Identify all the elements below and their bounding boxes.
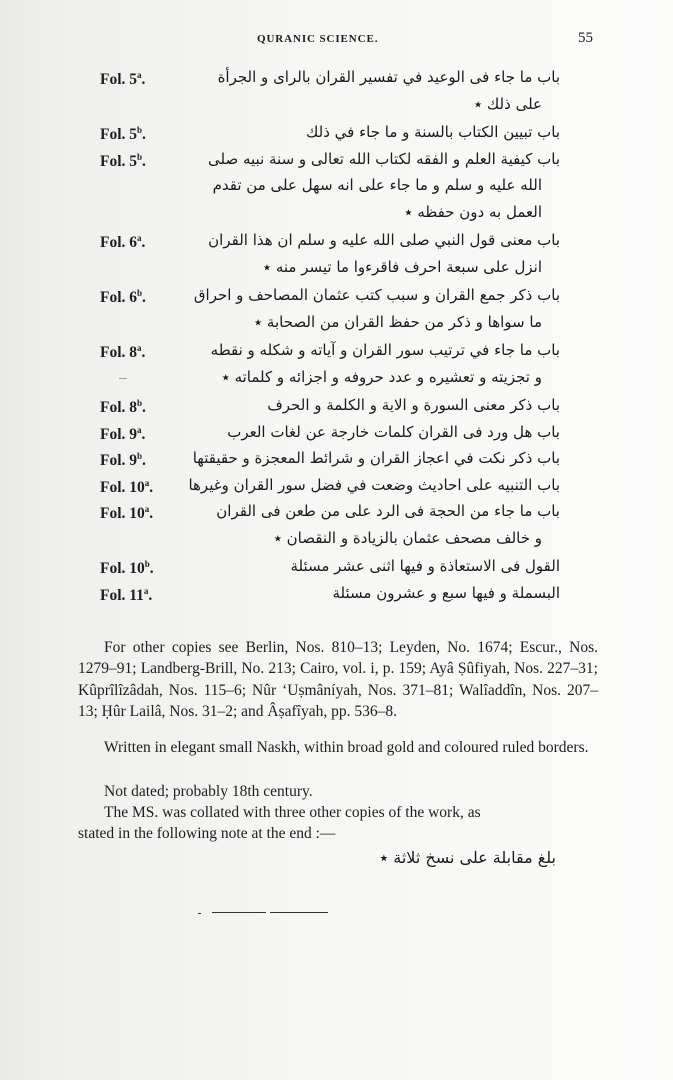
margin-mark [119, 378, 127, 379]
arabic-chapter-title-continued: على ذلك ٭ [474, 95, 542, 113]
section-divider-left [212, 912, 266, 913]
folio-number: Fol. 5 [100, 71, 137, 88]
arabic-chapter-title: باب هل ورد فى القران كلمات خارجة عن لغات… [227, 423, 560, 441]
arabic-chapter-title-continued: و خالف مصحف عثمان بالزيادة و النقصان ٭ [274, 529, 542, 547]
date-text: Not dated; probably 18th century. [78, 781, 598, 802]
folio-number: Fol. 6 [100, 289, 137, 306]
arabic-chapter-title: باب التنبيه على احاديث وضعت في فضل سور ا… [188, 476, 560, 494]
section-divider-dot [198, 913, 201, 914]
arabic-closing-note: بلغ مقابلة على نسخ ثلاثة ٭ [379, 848, 556, 867]
folio-reference: Fol. 10a. [100, 504, 153, 523]
folio-number: Fol. 11 [100, 587, 144, 604]
paragraph-collation: The MS. was collated with three other co… [78, 802, 598, 845]
folio-reference: Fol. 9a. [100, 425, 145, 444]
folio-number: Fol. 5 [100, 153, 137, 170]
paragraph-script-description: Written in elegant small Naskh, within b… [78, 737, 598, 758]
folio-reference: Fol. 5b. [100, 125, 146, 144]
section-divider-right [270, 912, 328, 913]
folio-reference: Fol. 6b. [100, 288, 146, 307]
arabic-chapter-title-continued: ما سواها و ذكر من حفظ القران من الصحابة … [254, 313, 542, 331]
arabic-chapter-title-continued: الله عليه و سلم و ما جاء على انه سهل على… [213, 176, 542, 194]
folio-number: Fol. 9 [100, 426, 137, 443]
arabic-chapter-title: باب معنى قول النبي صلى الله عليه و سلم ا… [208, 231, 560, 249]
arabic-chapter-title: باب ذكر جمع القران و سبب كتب عثمان المصا… [194, 286, 560, 304]
arabic-chapter-title-continued: العمل به دون حفظه ٭ [404, 203, 542, 221]
arabic-chapter-title: باب ما جاء من الحجة فى الرد على من طعن ف… [216, 502, 560, 520]
arabic-chapter-title: باب ذكر نكت في اعجاز القران و شرائط المع… [193, 449, 560, 467]
arabic-chapter-title: البسملة و فيها سبع و عشرون مسئلة [333, 584, 561, 602]
running-head: Quranic Science. 55 [257, 33, 593, 49]
collation-text-first: The MS. was collated with three other co… [78, 802, 598, 823]
folio-reference: Fol. 5a. [100, 70, 145, 89]
script-description-text: Written in elegant small Naskh, within b… [78, 737, 598, 758]
arabic-chapter-title-continued: و تجزيته و تعشيره و عدد حروفه و اجزائه و… [222, 368, 542, 386]
folio-number: Fol. 6 [100, 234, 137, 251]
folio-reference: Fol. 5b. [100, 152, 146, 171]
folio-number: Fol. 8 [100, 344, 137, 361]
folio-number: Fol. 9 [100, 452, 137, 469]
folio-reference: Fol. 9b. [100, 451, 146, 470]
running-head-title: Quranic Science. [257, 33, 378, 45]
arabic-chapter-title: باب تبيين الكتاب بالسنة و ما جاء في ذلك [306, 123, 560, 141]
arabic-chapter-title: باب كيفية العلم و الفقه لكتاب الله تعالى… [208, 150, 560, 168]
folio-number: Fol. 10 [100, 560, 145, 577]
folio-number: Fol. 5 [100, 126, 137, 143]
folio-number: Fol. 10 [100, 479, 145, 496]
arabic-chapter-title: القول فى الاستعاذة و فيها اثنى عشر مسئلة [290, 557, 560, 575]
folio-number: Fol. 10 [100, 505, 145, 522]
folio-reference: Fol. 11a. [100, 586, 152, 605]
arabic-chapter-title: باب ما جاء فى الوعيد في تفسير القران بال… [218, 68, 560, 86]
folio-reference: Fol. 10b. [100, 559, 154, 578]
paragraph-other-copies: For other copies see Berlin, Nos. 810–13… [78, 637, 598, 722]
arabic-chapter-title: باب ذكر معنى السورة و الاية و الكلمة و ا… [267, 396, 560, 414]
folio-reference: Fol. 8a. [100, 343, 145, 362]
folio-number: Fol. 8 [100, 399, 137, 416]
page-number: 55 [578, 30, 593, 47]
other-copies-text: For other copies see Berlin, Nos. 810–13… [78, 637, 598, 722]
folio-reference: Fol. 6a. [100, 233, 145, 252]
collation-text-last: stated in the following note at the end … [78, 823, 598, 844]
paragraph-date: Not dated; probably 18th century. [78, 781, 598, 802]
book-page: Quranic Science. 55 Fol. 5a.باب ما جاء ف… [0, 0, 673, 1080]
folio-reference: Fol. 8b. [100, 398, 146, 417]
arabic-chapter-title: باب ما جاء في ترتيب سور القران و آياته و… [211, 341, 560, 359]
arabic-chapter-title-continued: انزل على سبعة احرف فاقرءوا ما تيسر منه ٭ [263, 258, 542, 276]
folio-reference: Fol. 10a. [100, 478, 153, 497]
